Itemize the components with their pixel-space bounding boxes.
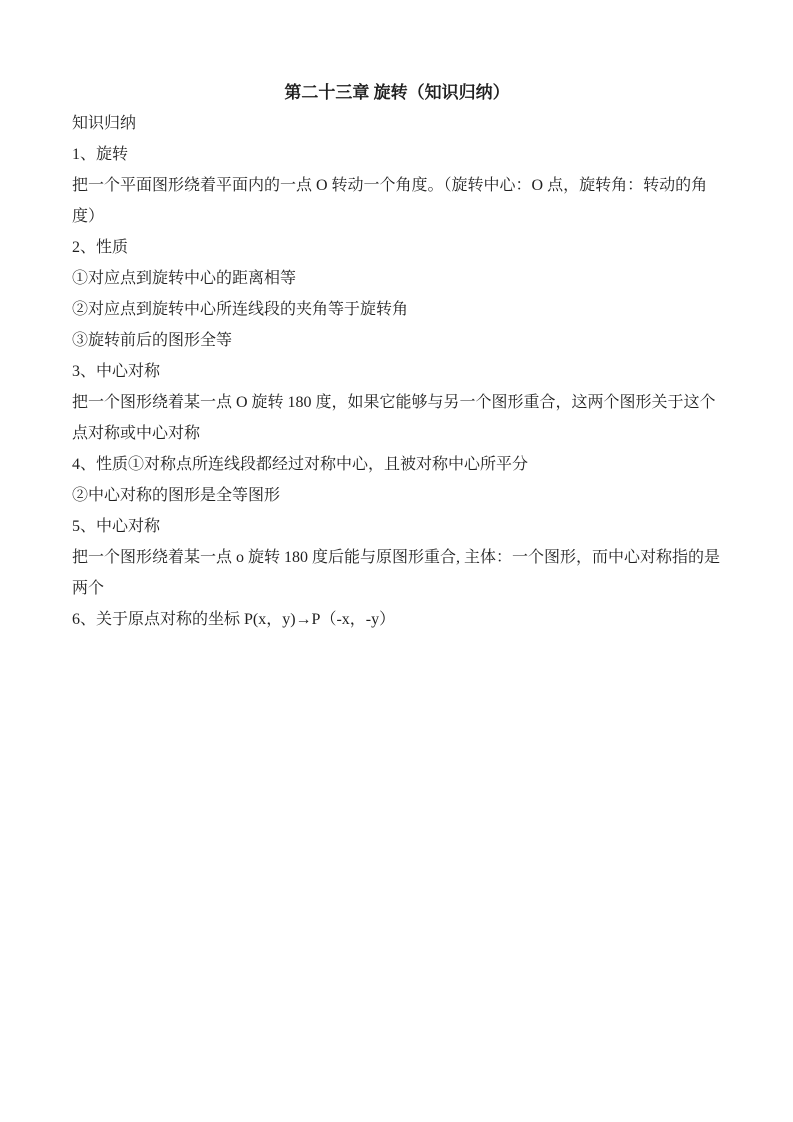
- document-page: 第二十三章 旋转（知识归纳） 知识归纳 1、旋转 把一个平面图形绕着平面内的一点…: [72, 77, 722, 635]
- text-line-rotation-definition: 把一个平面图形绕着平面内的一点 O 转动一个角度。（旋转中心：O 点，旋转角：转…: [72, 170, 722, 201]
- text-line-item4-property-1: 4、性质①对称点所连线段都经过对称中心，且被对称中心所平分: [72, 449, 722, 480]
- text-line-property-1: ①对应点到旋转中心的距离相等: [72, 263, 722, 294]
- text-line-rotation-definition-cont: 度）: [72, 201, 722, 232]
- text-line-item4-property-2: ②中心对称的图形是全等图形: [72, 480, 722, 511]
- text-line-central-symmetric-figure-definition: 把一个图形绕着某一点 o 旋转 180 度后能与原图形重合, 主体：一个图形，而…: [72, 542, 722, 573]
- text-line-knowledge-summary: 知识归纳: [72, 108, 722, 139]
- document-title: 第二十三章 旋转（知识归纳）: [72, 77, 722, 108]
- text-line-property-2: ②对应点到旋转中心所连线段的夹角等于旋转角: [72, 294, 722, 325]
- text-line-item5-heading: 5、中心对称: [72, 511, 722, 542]
- text-line-item3-heading: 3、中心对称: [72, 356, 722, 387]
- text-line-origin-symmetry-coordinates: 6、关于原点对称的坐标 P(x，y)→P（-x，-y）: [72, 604, 722, 635]
- text-line-central-symmetric-figure-cont: 两个: [72, 573, 722, 604]
- text-line-item1-heading: 1、旋转: [72, 139, 722, 170]
- text-line-central-symmetry-definition-cont: 点对称或中心对称: [72, 418, 722, 449]
- text-line-property-3: ③旋转前后的图形全等: [72, 325, 722, 356]
- text-line-item2-heading: 2、性质: [72, 232, 722, 263]
- text-line-central-symmetry-definition: 把一个图形绕着某一点 O 旋转 180 度，如果它能够与另一个图形重合，这两个图…: [72, 387, 722, 418]
